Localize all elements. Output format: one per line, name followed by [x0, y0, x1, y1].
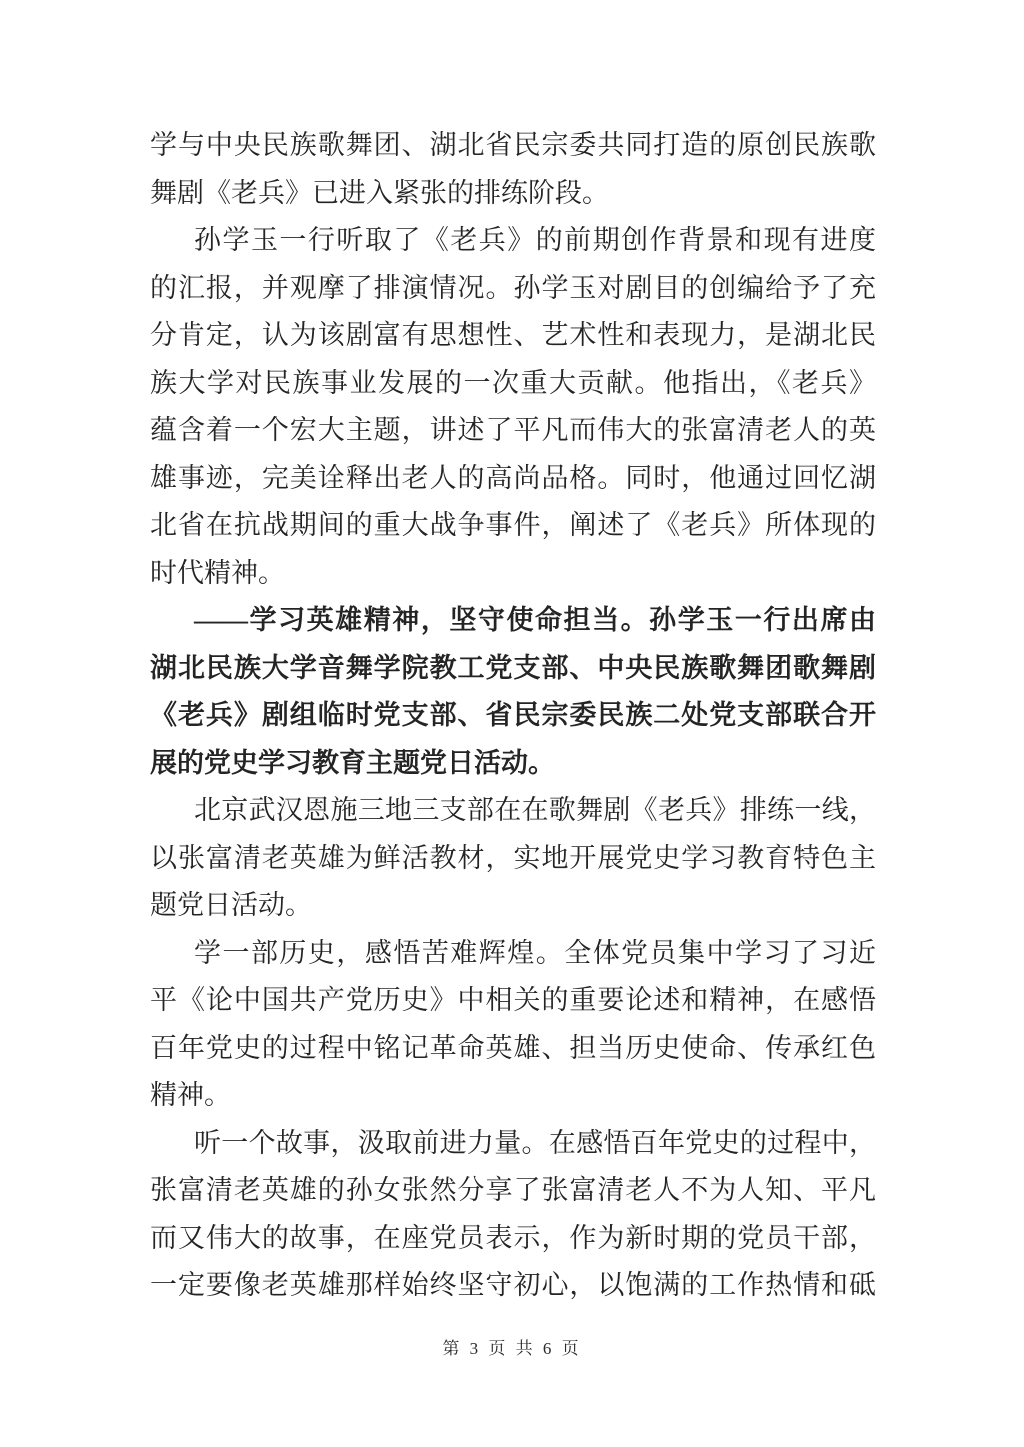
text-line: 学与中央民族歌舞团、湖北省民宗委共同打造的原创民族歌 [150, 122, 876, 170]
text-line: 湖北民族大学音舞学院教工党支部、中央民族歌舞团歌舞剧 [150, 645, 876, 693]
text-line: 雄事迹，完美诠释出老人的高尚品格。同时，他通过回忆湖 [150, 455, 876, 503]
text-line: 一定要像老英雄那样始终坚守初心，以饱满的工作热情和砥 [150, 1262, 876, 1310]
text-line: 学一部历史，感悟苦难辉煌。全体党员集中学习了习近 [150, 930, 876, 978]
paragraph-emphasis: ——学习英雄精神，坚守使命担当。孙学玉一行出席由 湖北民族大学音舞学院教工党支部… [150, 597, 876, 787]
text-line: 《老兵》剧组临时党支部、省民宗委民族二处党支部联合开 [150, 692, 876, 740]
text-line: 张富清老英雄的孙女张然分享了张富清老人不为人知、平凡 [150, 1167, 876, 1215]
text-line: 题党日活动。 [150, 882, 876, 930]
text-line: 时代精神。 [150, 550, 876, 598]
paragraph: 北京武汉恩施三地三支部在在歌舞剧《老兵》排练一线， 以张富清老英雄为鲜活教材，实… [150, 787, 876, 930]
text-line: 分肯定，认为该剧富有思想性、艺术性和表现力，是湖北民 [150, 312, 876, 360]
text-line: 平《论中国共产党历史》中相关的重要论述和精神，在感悟 [150, 977, 876, 1025]
text-line: 而又伟大的故事，在座党员表示，作为新时期的党员干部， [150, 1215, 876, 1263]
page-number: 第 3 页 共 6 页 [0, 1334, 1024, 1359]
document-page: 学与中央民族歌舞团、湖北省民宗委共同打造的原创民族歌 舞剧《老兵》已进入紧张的排… [0, 0, 1024, 1447]
text-line: 舞剧《老兵》已进入紧张的排练阶段。 [150, 170, 876, 218]
text-line: 以张富清老英雄为鲜活教材，实地开展党史学习教育特色主 [150, 835, 876, 883]
text-line: 百年党史的过程中铭记革命英雄、担当历史使命、传承红色 [150, 1025, 876, 1073]
paragraph: 学与中央民族歌舞团、湖北省民宗委共同打造的原创民族歌 舞剧《老兵》已进入紧张的排… [150, 122, 876, 217]
text-line: 北省在抗战期间的重大战争事件，阐述了《老兵》所体现的 [150, 502, 876, 550]
paragraph: 学一部历史，感悟苦难辉煌。全体党员集中学习了习近 平《论中国共产党历史》中相关的… [150, 930, 876, 1120]
paragraph: 孙学玉一行听取了《老兵》的前期创作背景和现有进度 的汇报，并观摩了排演情况。孙学… [150, 217, 876, 597]
text-line: 展的党史学习教育主题党日活动。 [150, 740, 876, 788]
text-line: 听一个故事，汲取前进力量。在感悟百年党史的过程中， [150, 1120, 876, 1168]
paragraph: 听一个故事，汲取前进力量。在感悟百年党史的过程中， 张富清老英雄的孙女张然分享了… [150, 1120, 876, 1310]
text-line: 北京武汉恩施三地三支部在在歌舞剧《老兵》排练一线， [150, 787, 876, 835]
text-line: 的汇报，并观摩了排演情况。孙学玉对剧目的创编给予了充 [150, 265, 876, 313]
text-line: 蕴含着一个宏大主题，讲述了平凡而伟大的张富清老人的英 [150, 407, 876, 455]
text-line: 孙学玉一行听取了《老兵》的前期创作背景和现有进度 [150, 217, 876, 265]
text-line: 族大学对民族事业发展的一次重大贡献。他指出，《老兵》 [150, 360, 876, 408]
document-body: 学与中央民族歌舞团、湖北省民宗委共同打造的原创民族歌 舞剧《老兵》已进入紧张的排… [150, 122, 876, 1310]
text-line: 精神。 [150, 1072, 876, 1120]
text-line: ——学习英雄精神，坚守使命担当。孙学玉一行出席由 [150, 597, 876, 645]
